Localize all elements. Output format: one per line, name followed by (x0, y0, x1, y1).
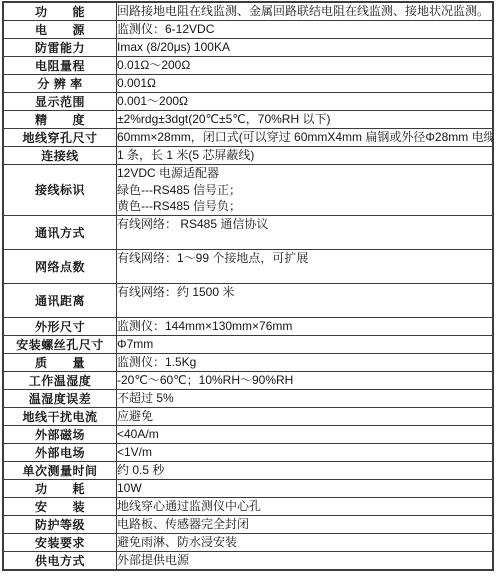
spec-label: 外部磁场 (3, 425, 117, 443)
spec-value-line: <40A/m (117, 426, 492, 443)
spec-value-line: Φ7mm (117, 336, 492, 353)
spec-value: 监测仪：1.5Kg (117, 353, 494, 371)
spec-label: 防雷能力 (3, 39, 117, 57)
table-row: 工作温湿度-20℃～60℃；10%RH～90%RH (3, 371, 493, 389)
spec-value-line: 外部提供电源 (117, 552, 492, 569)
table-row: 安装螺丝孔尺寸Φ7mm (3, 335, 493, 353)
spec-value-line: 不超过 5% (117, 390, 492, 407)
table-row: 外部电场<1V/m (3, 443, 493, 461)
spec-label: 质 量 (3, 353, 117, 371)
spec-value-line: 60mm×28mm，闭口式(可以穿过 60mmX4mm 扁钢或外径Φ28mm 电… (117, 129, 492, 146)
table-row: 防护等级电路板、传感器完全封闭 (3, 515, 493, 533)
table-row: 外部磁场<40A/m (3, 425, 493, 443)
spec-value: 1 条，长 1 米(5 芯屏蔽线) (117, 147, 494, 165)
spec-value: 有线网络：1～99 个接地点，可扩展 (117, 249, 494, 283)
spec-label: 连接线 (3, 147, 117, 165)
spec-value-line: 监测仪：1.5Kg (117, 354, 492, 371)
spec-value-line: 监测仪：6-12VDC (117, 21, 492, 38)
spec-value: <40A/m (117, 425, 494, 443)
spec-value: ±2%rdg±3dgt(20℃±5℃，70%RH 以下) (117, 111, 494, 129)
spec-value: 避免雨淋、防水浸安装 (117, 533, 494, 551)
spec-label: 外形尺寸 (3, 317, 117, 335)
spec-label: 供电方式 (3, 551, 117, 570)
spec-value: 0.01Ω～200Ω (117, 57, 494, 75)
spec-value: 地线穿心通过监测仪中心孔 (117, 497, 494, 515)
spec-value-line: 避免雨淋、防水浸安装 (117, 534, 492, 551)
spec-value-line: ±2%rdg±3dgt(20℃±5℃，70%RH 以下) (117, 111, 492, 128)
spec-label: 安 装 (3, 497, 117, 515)
table-row: 功 耗10W (3, 479, 493, 497)
table-row: 地线干扰电流应避免 (3, 407, 493, 425)
spec-value-line (117, 266, 492, 283)
spec-label: 通讯距离 (3, 283, 117, 317)
spec-value: 电路板、传感器完全封闭 (117, 515, 494, 533)
spec-label: 功 耗 (3, 479, 117, 497)
spec-value-line: 10W (117, 480, 492, 497)
spec-value-line: <1V/m (117, 444, 492, 461)
spec-label: 电 源 (3, 21, 117, 39)
spec-value: 0.001～200Ω (117, 93, 494, 111)
spec-value-line: 有线网络：约 1500 米 (117, 284, 492, 301)
spec-label: 单次测量时间 (3, 461, 117, 479)
spec-value-line: -20℃～60℃；10%RH～90%RH (117, 372, 492, 389)
spec-value-line: 12VDC 电源适配器 (117, 165, 492, 182)
spec-value-line: 绿色---RS485 信号正； (117, 182, 492, 199)
spec-value-line (117, 300, 492, 317)
spec-value-line: 应避免 (117, 408, 492, 425)
spec-value-line: 监测仪：144mm×130mm×76mm (117, 318, 492, 335)
table-row: 外形尺寸监测仪：144mm×130mm×76mm (3, 317, 493, 335)
table-row: 功 能回路接地电阻在线监测、金属回路联结电阻在线监测、接地状况监测。 (3, 2, 493, 21)
table-row: 质 量监测仪：1.5Kg (3, 353, 493, 371)
spec-value-line: 有线网络：1～99 个接地点，可扩展 (117, 250, 492, 267)
spec-value-line: 0.01Ω～200Ω (117, 57, 492, 74)
spec-value: 应避免 (117, 407, 494, 425)
spec-label: 外部电场 (3, 443, 117, 461)
spec-label: 地线穿孔尺寸 (3, 129, 117, 147)
table-row: 安 装地线穿心通过监测仪中心孔 (3, 497, 493, 515)
spec-value: 外部提供电源 (117, 551, 494, 570)
table-row: 接线标识12VDC 电源适配器绿色---RS485 信号正；黄色---RS485… (3, 165, 493, 216)
spec-value: 10W (117, 479, 494, 497)
table-row: 通讯方式有线网络： RS485 通信协议 (3, 215, 493, 249)
spec-value: 监测仪：6-12VDC (117, 21, 494, 39)
spec-value-line: 有线网络： RS485 通信协议 (117, 216, 492, 233)
spec-value-line: 地线穿心通过监测仪中心孔 (117, 498, 492, 515)
spec-label: 工作温湿度 (3, 371, 117, 389)
spec-label: 接线标识 (3, 165, 117, 216)
spec-value-line: 0.001Ω (117, 75, 492, 92)
table-row: 精 度±2%rdg±3dgt(20℃±5℃，70%RH 以下) (3, 111, 493, 129)
spec-value: 约 0.5 秒 (117, 461, 494, 479)
spec-value: 12VDC 电源适配器绿色---RS485 信号正；黄色---RS485 信号负… (117, 165, 494, 216)
spec-sheet-page: 功 能回路接地电阻在线监测、金属回路联结电阻在线监测、接地状况监测。电 源监测仪… (0, 0, 500, 576)
table-row: 温湿度误差不超过 5% (3, 389, 493, 407)
table-row: 通讯距离有线网络：约 1500 米 (3, 283, 493, 317)
spec-value: 不超过 5% (117, 389, 494, 407)
table-row: 显示范围0.001～200Ω (3, 93, 493, 111)
table-row: 电阻量程0.01Ω～200Ω (3, 57, 493, 75)
spec-value-line: 约 0.5 秒 (117, 462, 492, 479)
spec-value-line: 0.001～200Ω (117, 93, 492, 110)
spec-value: 监测仪：144mm×130mm×76mm (117, 317, 494, 335)
table-row: 分 辨 率0.001Ω (3, 75, 493, 93)
spec-value: 有线网络：约 1500 米 (117, 283, 494, 317)
table-row: 单次测量时间约 0.5 秒 (3, 461, 493, 479)
spec-value-line: 电路板、传感器完全封闭 (117, 516, 492, 533)
spec-label: 安装螺丝孔尺寸 (3, 335, 117, 353)
spec-label: 温湿度误差 (3, 389, 117, 407)
spec-value: 0.001Ω (117, 75, 494, 93)
spec-value: 有线网络： RS485 通信协议 (117, 215, 494, 249)
table-row: 供电方式外部提供电源 (3, 551, 493, 570)
spec-label: 精 度 (3, 111, 117, 129)
spec-label: 分 辨 率 (3, 75, 117, 93)
spec-label: 网络点数 (3, 249, 117, 283)
spec-value-line: 1 条，长 1 米(5 芯屏蔽线) (117, 147, 492, 164)
spec-table: 功 能回路接地电阻在线监测、金属回路联结电阻在线监测、接地状况监测。电 源监测仪… (2, 1, 494, 571)
spec-value-line (117, 232, 492, 249)
spec-table-body: 功 能回路接地电阻在线监测、金属回路联结电阻在线监测、接地状况监测。电 源监测仪… (3, 2, 493, 570)
table-row: 电 源监测仪：6-12VDC (3, 21, 493, 39)
spec-label: 防护等级 (3, 515, 117, 533)
spec-value: -20℃～60℃；10%RH～90%RH (117, 371, 494, 389)
spec-value: Φ7mm (117, 335, 494, 353)
spec-label: 电阻量程 (3, 57, 117, 75)
spec-label: 功 能 (3, 2, 117, 21)
spec-value-line: 黄色---RS485 信号负； (117, 198, 492, 215)
spec-label: 通讯方式 (3, 215, 117, 249)
spec-label: 安装要求 (3, 533, 117, 551)
spec-value-line: 回路接地电阻在线监测、金属回路联结电阻在线监测、接地状况监测。 (117, 3, 492, 20)
table-row: 安装要求避免雨淋、防水浸安装 (3, 533, 493, 551)
spec-label: 地线干扰电流 (3, 407, 117, 425)
table-row: 防雷能力Imax (8/20μs) 100KA (3, 39, 493, 57)
spec-value: <1V/m (117, 443, 494, 461)
spec-value-line: Imax (8/20μs) 100KA (117, 39, 492, 56)
spec-value: 60mm×28mm，闭口式(可以穿过 60mmX4mm 扁钢或外径Φ28mm 电… (117, 129, 494, 147)
table-row: 连接线1 条，长 1 米(5 芯屏蔽线) (3, 147, 493, 165)
spec-label: 显示范围 (3, 93, 117, 111)
spec-value: 回路接地电阻在线监测、金属回路联结电阻在线监测、接地状况监测。 (117, 2, 494, 21)
table-row: 网络点数有线网络：1～99 个接地点，可扩展 (3, 249, 493, 283)
spec-value: Imax (8/20μs) 100KA (117, 39, 494, 57)
table-row: 地线穿孔尺寸60mm×28mm，闭口式(可以穿过 60mmX4mm 扁钢或外径Φ… (3, 129, 493, 147)
